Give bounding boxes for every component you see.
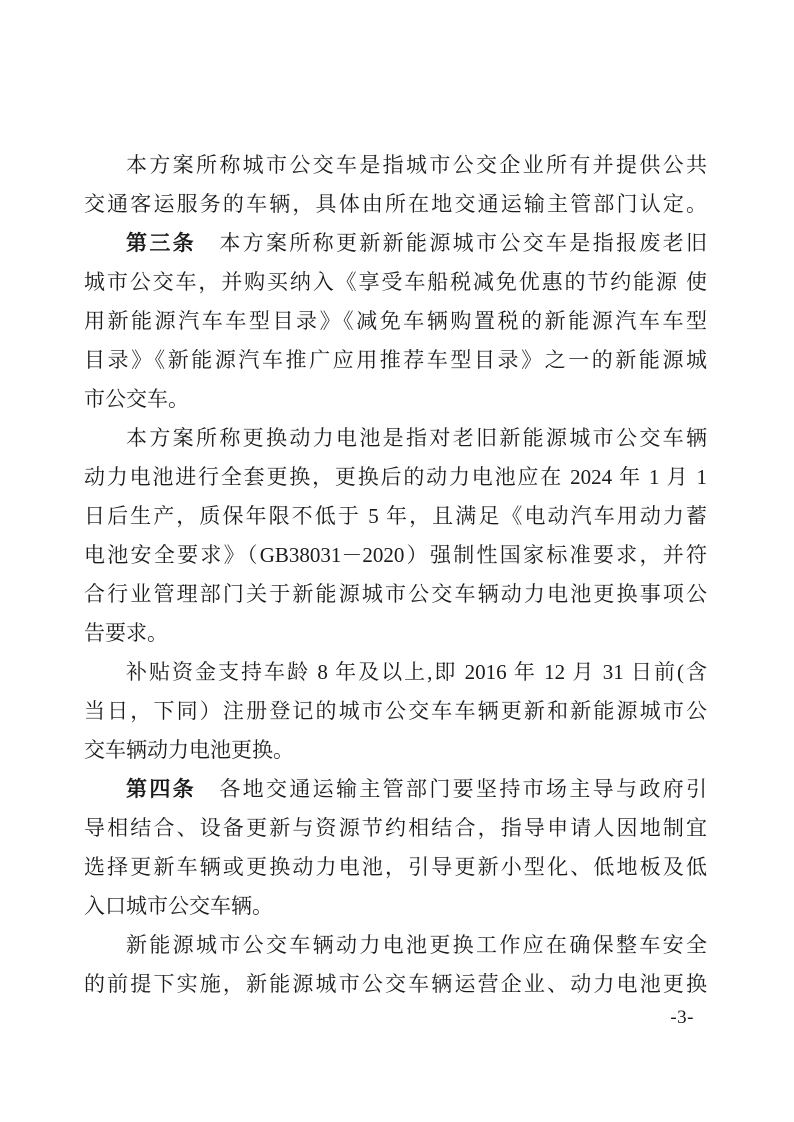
article-number: 第四条 — [126, 778, 196, 801]
text-line: 目录》《新能源汽车推广应用推荐车型目录》之一的新能源城 — [84, 341, 707, 380]
text-segment: 本方案所称更换动力电池是指对老旧新能源城市公交车辆 — [126, 426, 707, 450]
text-line: 交通客运服务的车辆，具体由所在地交通运输主管部门认定。 — [84, 185, 707, 224]
text-line: 城市公交车，并购买纳入《享受车船税减免优惠的节约能源 使 — [84, 263, 707, 302]
text-line: 新能源城市公交车辆动力电池更换工作应在确保整车安全 — [84, 926, 707, 965]
document-page: 本方案所称城市公交车是指城市公交企业所有并提供公共交通客运服务的车辆，具体由所在… — [0, 0, 794, 1122]
text-line: 告要求。 — [84, 614, 707, 653]
text-line: 导相结合、设备更新与资源节约相结合，指导申请人因地制宜 — [84, 809, 707, 848]
text-segment: 目录》《新能源汽车推广应用推荐车型目录》之一的新能源城 — [84, 348, 707, 372]
text-line: 第四条 各地交通运输主管部门要坚持市场主导与政府引 — [84, 770, 707, 809]
text-line: 日后生产，质保年限不低于 5 年，且满足《电动汽车用动力蓄 — [84, 497, 707, 536]
text-line: 动力电池进行全套更换，更换后的动力电池应在 2024 年 1 月 1 — [84, 458, 707, 497]
text-segment: 告要求。 — [84, 621, 168, 645]
text-segment: 日后生产，质保年限不低于 5 年，且满足《电动汽车用动力蓄 — [84, 504, 707, 528]
text-line: 补贴资金支持车龄 8 年及以上,即 2016 年 12 月 31 日前(含 — [84, 653, 707, 692]
text-segment: 选择更新车辆或更换动力电池，引导更新小型化、低地板及低 — [84, 855, 707, 879]
text-segment: 用新能源汽车车型目录》《减免车辆购置税的新能源汽车车型 — [84, 309, 707, 333]
text-segment: 电池安全要求》（GB38031－2020）强制性国家标准要求，并符 — [84, 543, 707, 567]
text-line: 交车辆动力电池更换。 — [84, 731, 707, 770]
text-line: 入口城市公交车辆。 — [84, 887, 707, 926]
text-segment: 合行业管理部门关于新能源城市公交车辆动力电池更换事项公 — [84, 582, 707, 606]
text-line: 本方案所称更换动力电池是指对老旧新能源城市公交车辆 — [84, 419, 707, 458]
text-line: 选择更新车辆或更换动力电池，引导更新小型化、低地板及低 — [84, 848, 707, 887]
text-line: 用新能源汽车车型目录》《减免车辆购置税的新能源汽车车型 — [84, 302, 707, 341]
text-segment: 导相结合、设备更新与资源节约相结合，指导申请人因地制宜 — [84, 816, 707, 840]
text-line: 当日，下同）注册登记的城市公交车车辆更新和新能源城市公 — [84, 692, 707, 731]
text-line: 市公交车。 — [84, 380, 707, 419]
text-segment: 本方案所称更新新能源城市公交车是指报废老旧 — [196, 231, 707, 255]
text-line: 电池安全要求》（GB38031－2020）强制性国家标准要求，并符 — [84, 536, 707, 575]
text-line: 第三条 本方案所称更新新能源城市公交车是指报废老旧 — [84, 224, 707, 263]
text-segment: 的前提下实施，新能源城市公交车辆运营企业、动力电池更换 — [84, 972, 707, 996]
text-segment: 新能源城市公交车辆动力电池更换工作应在确保整车安全 — [126, 933, 707, 957]
text-segment: 当日，下同）注册登记的城市公交车车辆更新和新能源城市公 — [84, 699, 707, 723]
document-body: 本方案所称城市公交车是指城市公交企业所有并提供公共交通客运服务的车辆，具体由所在… — [84, 146, 707, 1004]
text-segment: 交车辆动力电池更换。 — [84, 738, 294, 762]
text-segment: 动力电池进行全套更换，更换后的动力电池应在 2024 年 1 月 1 — [84, 465, 707, 489]
text-segment: 入口城市公交车辆。 — [84, 894, 273, 918]
text-segment: 补贴资金支持车龄 8 年及以上,即 2016 年 12 月 31 日前(含 — [126, 660, 707, 684]
text-segment: 城市公交车，并购买纳入《享受车船税减免优惠的节约能源 使 — [84, 270, 707, 294]
text-segment: 市公交车。 — [84, 387, 189, 411]
text-line: 的前提下实施，新能源城市公交车辆运营企业、动力电池更换 — [84, 965, 707, 1004]
page-number: -3- — [670, 1007, 694, 1029]
text-segment: 交通客运服务的车辆，具体由所在地交通运输主管部门认定。 — [84, 192, 707, 216]
text-line: 合行业管理部门关于新能源城市公交车辆动力电池更换事项公 — [84, 575, 707, 614]
text-segment: 本方案所称城市公交车是指城市公交企业所有并提供公共 — [126, 153, 707, 177]
text-line: 本方案所称城市公交车是指城市公交企业所有并提供公共 — [84, 146, 707, 185]
article-number: 第三条 — [126, 232, 196, 255]
text-segment: 各地交通运输主管部门要坚持市场主导与政府引 — [196, 777, 707, 801]
